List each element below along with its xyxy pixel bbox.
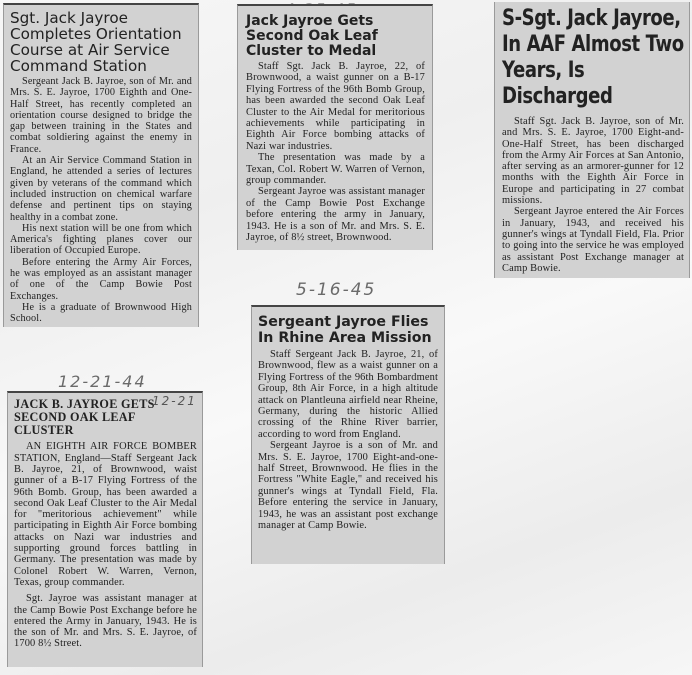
clipping-orientation-course: Sgt. Jack Jayroe Completes Orientation C… [3, 3, 199, 327]
paragraph: Sergeant Jayroe was assistant manager of… [246, 186, 425, 243]
paragraph: At an Air Service Command Station in Eng… [10, 155, 192, 223]
paragraph: Staff Sgt. Jack B. Jayroe, son of Mr. an… [502, 116, 684, 206]
clipping-headline: Jack Jayroe Gets Second Oak Leaf Cluster… [246, 14, 425, 59]
clipping-headline: Sergeant Jayroe Flies In Rhine Area Miss… [258, 315, 438, 346]
paragraph: Sergeant Jack B. Jayroe, son of Mr. and … [10, 76, 192, 155]
paragraph: Sergeant Jayroe is a son of Mr. and Mrs.… [258, 440, 438, 531]
handwritten-date-corner: 12-21 [152, 394, 197, 408]
paragraph: Sergeant Jayroe entered the Air Forces i… [502, 206, 684, 274]
clipping-second-oak-leaf-cluster: JACK B. JAYROE GETS SECOND OAK LEAF CLUS… [7, 391, 203, 667]
clipping-body: Staff Sergeant Jack B. Jayroe, 21, of Br… [258, 349, 438, 532]
paragraph: Staff Sgt. Jack B. Jayroe, 22, of Brownw… [246, 61, 425, 152]
clipping-body: AN EIGHTH AIR FORCE BOMBER STATION, Engl… [14, 441, 197, 649]
clipping-body: Staff Sgt. Jack B. Jayroe, son of Mr. an… [502, 116, 684, 274]
paragraph: AN EIGHTH AIR FORCE BOMBER STATION, Engl… [14, 441, 197, 588]
clipping-headline: Sgt. Jack Jayroe Completes Orientation C… [10, 10, 192, 74]
clipping-discharged: S-Sgt. Jack Jayroe, In AAF Almost Two Ye… [494, 2, 690, 278]
clipping-headline: S-Sgt. Jack Jayroe, In AAF Almost Two Ye… [502, 6, 691, 110]
handwritten-date-may-16-45: 5-16-45 [296, 280, 376, 300]
paragraph: Before entering the Army Air Forces, he … [10, 257, 192, 302]
clipping-second-oak-leaf-medal: Jack Jayroe Gets Second Oak Leaf Cluster… [237, 4, 433, 250]
paragraph: He is a graduate of Brownwood High Schoo… [10, 302, 192, 325]
paragraph: The presentation was made by a Texan, Co… [246, 152, 425, 186]
clipping-rhine-mission: Sergeant Jayroe Flies In Rhine Area Miss… [251, 305, 445, 564]
clipping-body: Sergeant Jack B. Jayroe, son of Mr. and … [10, 76, 192, 325]
paragraph: Staff Sergeant Jack B. Jayroe, 21, of Br… [258, 349, 438, 440]
handwritten-date-dec-21-44: 12-21-44 [58, 372, 147, 391]
paragraph: His next station will be one from which … [10, 223, 192, 257]
clipping-body: Staff Sgt. Jack B. Jayroe, 22, of Brownw… [246, 61, 425, 244]
paragraph: Sgt. Jayroe was assistant manager at the… [14, 593, 197, 649]
